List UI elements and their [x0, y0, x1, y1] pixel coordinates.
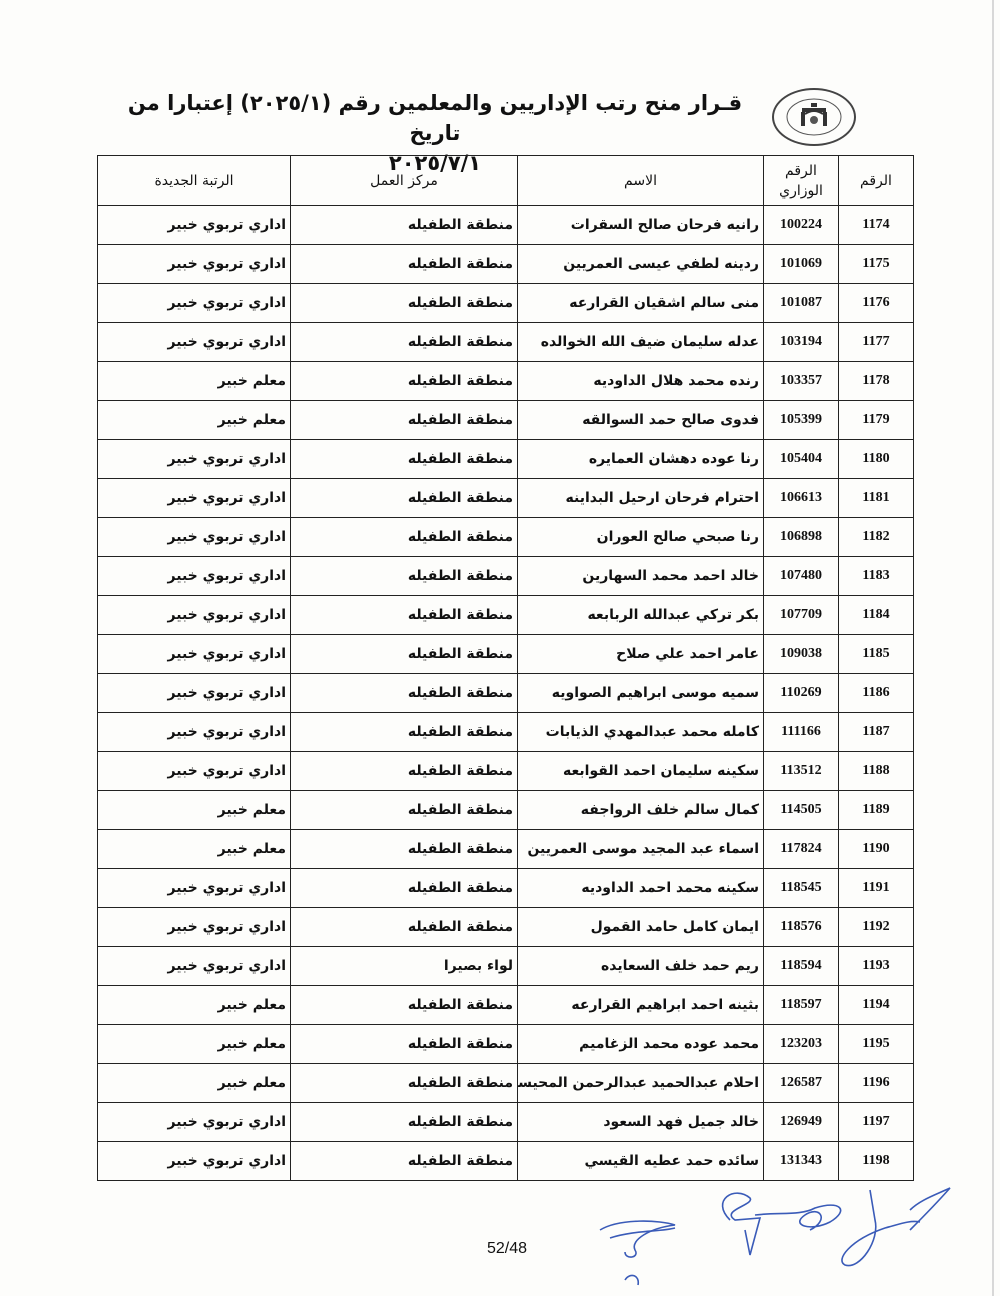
new-rank: اداري تربوي خبير	[98, 206, 291, 245]
ministry-number: 103357	[764, 362, 839, 401]
signatures-icon	[540, 1180, 960, 1296]
new-rank: اداري تربوي خبير	[98, 245, 291, 284]
table-row: 1183107480خالد احمد محمد السهارينمنطقة ا…	[98, 557, 914, 596]
new-rank: اداري تربوي خبير	[98, 713, 291, 752]
employee-name: عامر احمد علي صلاح	[518, 635, 764, 674]
ministry-number: 123203	[764, 1025, 839, 1064]
page-edge	[992, 0, 994, 1296]
row-number: 1194	[839, 986, 914, 1025]
table-row: 1190117824اسماء عبد المجيد موسى العمريين…	[98, 830, 914, 869]
employee-name: احترام فرحان ارحيل البداينه	[518, 479, 764, 518]
ministry-number: 131343	[764, 1142, 839, 1181]
employee-name: محمد عوده محمد الزغاميم	[518, 1025, 764, 1064]
header-no: الرقم	[839, 156, 914, 206]
new-rank: معلم خبير	[98, 1025, 291, 1064]
table-row: 1193118594ريم حمد خلف السعايدهلواء بصيرا…	[98, 947, 914, 986]
employee-name: كامله محمد عبدالمهدي الذيابات	[518, 713, 764, 752]
new-rank: معلم خبير	[98, 401, 291, 440]
work-center: منطقة الطفيله	[291, 635, 518, 674]
ministry-number: 110269	[764, 674, 839, 713]
table-row: 1196126587احلام عبدالحميد عبدالرحمن المح…	[98, 1064, 914, 1103]
header-name: الاسم	[518, 156, 764, 206]
table-row: 1187111166كامله محمد عبدالمهدي الذياباتم…	[98, 713, 914, 752]
table-row: 1175101069ردينه لطفي عيسى العمريينمنطقة …	[98, 245, 914, 284]
ministry-number: 107709	[764, 596, 839, 635]
table-row: 1174100224رانيه فرحان صالح السقراتمنطقة …	[98, 206, 914, 245]
employee-name: خالد جميل فهد السعود	[518, 1103, 764, 1142]
header-new-rank: الرتبة الجديدة	[98, 156, 291, 206]
work-center: منطقة الطفيله	[291, 1103, 518, 1142]
row-number: 1184	[839, 596, 914, 635]
ministry-number: 118594	[764, 947, 839, 986]
row-number: 1175	[839, 245, 914, 284]
employee-name: سكينه محمد احمد الداوديه	[518, 869, 764, 908]
table-row: 1179105399فدوى صالح حمد السوالقهمنطقة ال…	[98, 401, 914, 440]
employee-name: ايمان كامل حامد القمول	[518, 908, 764, 947]
page-number: 52/48	[487, 1240, 527, 1258]
new-rank: معلم خبير	[98, 986, 291, 1025]
new-rank: اداري تربوي خبير	[98, 635, 291, 674]
new-rank: اداري تربوي خبير	[98, 440, 291, 479]
new-rank: اداري تربوي خبير	[98, 284, 291, 323]
work-center: منطقة الطفيله	[291, 1142, 518, 1181]
table-row: 1185109038عامر احمد علي صلاحمنطقة الطفيل…	[98, 635, 914, 674]
employee-name: ردينه لطفي عيسى العمريين	[518, 245, 764, 284]
row-number: 1183	[839, 557, 914, 596]
employee-name: عدله سليمان ضيف الله الخوالده	[518, 323, 764, 362]
work-center: منطقة الطفيله	[291, 518, 518, 557]
employee-name: سميه موسى ابراهيم الصواويه	[518, 674, 764, 713]
title-line-1: قـرار منح رتب الإداريين والمعلمين رقم (٢…	[128, 91, 742, 145]
ministry-number: 118576	[764, 908, 839, 947]
ministry-number: 126949	[764, 1103, 839, 1142]
ministry-number: 126587	[764, 1064, 839, 1103]
employee-name: سائده حمد عطيه القيسي	[518, 1142, 764, 1181]
work-center: منطقة الطفيله	[291, 1064, 518, 1103]
ministry-number: 118597	[764, 986, 839, 1025]
employee-name: فدوى صالح حمد السوالقه	[518, 401, 764, 440]
table-row: 1184107709بكر تركي عبدالله الربابعهمنطقة…	[98, 596, 914, 635]
table-header-row: الرقم الرقم الوزاري الاسم مركز العمل الر…	[98, 156, 914, 206]
ministry-number: 113512	[764, 752, 839, 791]
table-row: 1178103357رنده محمد هلال الداوديهمنطقة ا…	[98, 362, 914, 401]
work-center: منطقة الطفيله	[291, 908, 518, 947]
employee-name: منى سالم اشقيان القرارعه	[518, 284, 764, 323]
table-row: 1189114505كمال سالم خلف الرواجفهمنطقة ال…	[98, 791, 914, 830]
table-row: 1192118576ايمان كامل حامد القمولمنطقة ال…	[98, 908, 914, 947]
row-number: 1174	[839, 206, 914, 245]
new-rank: اداري تربوي خبير	[98, 557, 291, 596]
row-number: 1189	[839, 791, 914, 830]
work-center: منطقة الطفيله	[291, 713, 518, 752]
row-number: 1192	[839, 908, 914, 947]
new-rank: اداري تربوي خبير	[98, 908, 291, 947]
work-center: منطقة الطفيله	[291, 479, 518, 518]
row-number: 1176	[839, 284, 914, 323]
row-number: 1198	[839, 1142, 914, 1181]
row-number: 1190	[839, 830, 914, 869]
work-center: منطقة الطفيله	[291, 869, 518, 908]
row-number: 1195	[839, 1025, 914, 1064]
work-center: منطقة الطفيله	[291, 830, 518, 869]
header-ministry-no: الرقم الوزاري	[764, 156, 839, 206]
work-center: منطقة الطفيله	[291, 557, 518, 596]
table-row: 1182106898رنا صبحي صالح العورانمنطقة الط…	[98, 518, 914, 557]
work-center: منطقة الطفيله	[291, 1025, 518, 1064]
table-row: 1194118597بثينه احمد ابراهيم القرارعهمنط…	[98, 986, 914, 1025]
employee-name: رنده محمد هلال الداوديه	[518, 362, 764, 401]
row-number: 1191	[839, 869, 914, 908]
row-number: 1180	[839, 440, 914, 479]
employee-name: كمال سالم خلف الرواجفه	[518, 791, 764, 830]
work-center: منطقة الطفيله	[291, 791, 518, 830]
new-rank: اداري تربوي خبير	[98, 1103, 291, 1142]
table-row: 1198131343سائده حمد عطيه القيسيمنطقة الط…	[98, 1142, 914, 1181]
new-rank: معلم خبير	[98, 791, 291, 830]
table-row: 1180105404رنا عوده دهشان العمايرهمنطقة ا…	[98, 440, 914, 479]
row-number: 1182	[839, 518, 914, 557]
row-number: 1188	[839, 752, 914, 791]
ministry-number: 105404	[764, 440, 839, 479]
table-row: 1181106613احترام فرحان ارحيل البداينهمنط…	[98, 479, 914, 518]
work-center: منطقة الطفيله	[291, 596, 518, 635]
new-rank: اداري تربوي خبير	[98, 947, 291, 986]
new-rank: معلم خبير	[98, 1064, 291, 1103]
row-number: 1187	[839, 713, 914, 752]
employee-name: احلام عبدالحميد عبدالرحمن المحيسن	[518, 1064, 764, 1103]
ministry-number: 106898	[764, 518, 839, 557]
work-center: منطقة الطفيله	[291, 752, 518, 791]
employee-name: سكينه سليمان احمد القوابعه	[518, 752, 764, 791]
work-center: منطقة الطفيله	[291, 206, 518, 245]
ministry-number: 105399	[764, 401, 839, 440]
table-row: 1197126949خالد جميل فهد السعودمنطقة الطف…	[98, 1103, 914, 1142]
header-work-center: مركز العمل	[291, 156, 518, 206]
work-center: منطقة الطفيله	[291, 323, 518, 362]
employee-name: رنا عوده دهشان العمايره	[518, 440, 764, 479]
ministry-number: 118545	[764, 869, 839, 908]
ministry-number: 114505	[764, 791, 839, 830]
new-rank: اداري تربوي خبير	[98, 596, 291, 635]
table-row: 1195123203محمد عوده محمد الزغاميممنطقة ا…	[98, 1025, 914, 1064]
ranks-table: الرقم الرقم الوزاري الاسم مركز العمل الر…	[97, 155, 914, 1181]
new-rank: اداري تربوي خبير	[98, 323, 291, 362]
ministry-number: 111166	[764, 713, 839, 752]
table-row: 1186110269سميه موسى ابراهيم الصواويهمنطق…	[98, 674, 914, 713]
ministry-number: 100224	[764, 206, 839, 245]
new-rank: اداري تربوي خبير	[98, 518, 291, 557]
work-center: منطقة الطفيله	[291, 362, 518, 401]
work-center: منطقة الطفيله	[291, 440, 518, 479]
table-row: 1188113512سكينه سليمان احمد القوابعهمنطق…	[98, 752, 914, 791]
row-number: 1193	[839, 947, 914, 986]
row-number: 1177	[839, 323, 914, 362]
row-number: 1181	[839, 479, 914, 518]
row-number: 1185	[839, 635, 914, 674]
new-rank: معلم خبير	[98, 362, 291, 401]
new-rank: اداري تربوي خبير	[98, 674, 291, 713]
ministry-number: 101087	[764, 284, 839, 323]
row-number: 1186	[839, 674, 914, 713]
ministry-number: 109038	[764, 635, 839, 674]
work-center: منطقة الطفيله	[291, 284, 518, 323]
employee-name: خالد احمد محمد السهارين	[518, 557, 764, 596]
new-rank: اداري تربوي خبير	[98, 1142, 291, 1181]
table-row: 1177103194عدله سليمان ضيف الله الخوالدهم…	[98, 323, 914, 362]
ministry-number: 107480	[764, 557, 839, 596]
new-rank: اداري تربوي خبير	[98, 752, 291, 791]
ministry-number: 106613	[764, 479, 839, 518]
work-center: منطقة الطفيله	[291, 401, 518, 440]
employee-name: رانيه فرحان صالح السقرات	[518, 206, 764, 245]
row-number: 1196	[839, 1064, 914, 1103]
ministry-number: 117824	[764, 830, 839, 869]
work-center: منطقة الطفيله	[291, 986, 518, 1025]
new-rank: اداري تربوي خبير	[98, 479, 291, 518]
new-rank: اداري تربوي خبير	[98, 869, 291, 908]
table-row: 1191118545سكينه محمد احمد الداوديهمنطقة …	[98, 869, 914, 908]
employee-name: بكر تركي عبدالله الربابعه	[518, 596, 764, 635]
ministry-number: 101069	[764, 245, 839, 284]
ministry-emblem-icon	[772, 88, 856, 146]
employee-name: بثينه احمد ابراهيم القرارعه	[518, 986, 764, 1025]
employee-name: ريم حمد خلف السعايده	[518, 947, 764, 986]
row-number: 1178	[839, 362, 914, 401]
row-number: 1179	[839, 401, 914, 440]
employee-name: اسماء عبد المجيد موسى العمريين	[518, 830, 764, 869]
new-rank: معلم خبير	[98, 830, 291, 869]
employee-name: رنا صبحي صالح العوران	[518, 518, 764, 557]
ministry-number: 103194	[764, 323, 839, 362]
work-center: لواء بصيرا	[291, 947, 518, 986]
work-center: منطقة الطفيله	[291, 245, 518, 284]
work-center: منطقة الطفيله	[291, 674, 518, 713]
row-number: 1197	[839, 1103, 914, 1142]
table-row: 1176101087منى سالم اشقيان القرارعهمنطقة …	[98, 284, 914, 323]
